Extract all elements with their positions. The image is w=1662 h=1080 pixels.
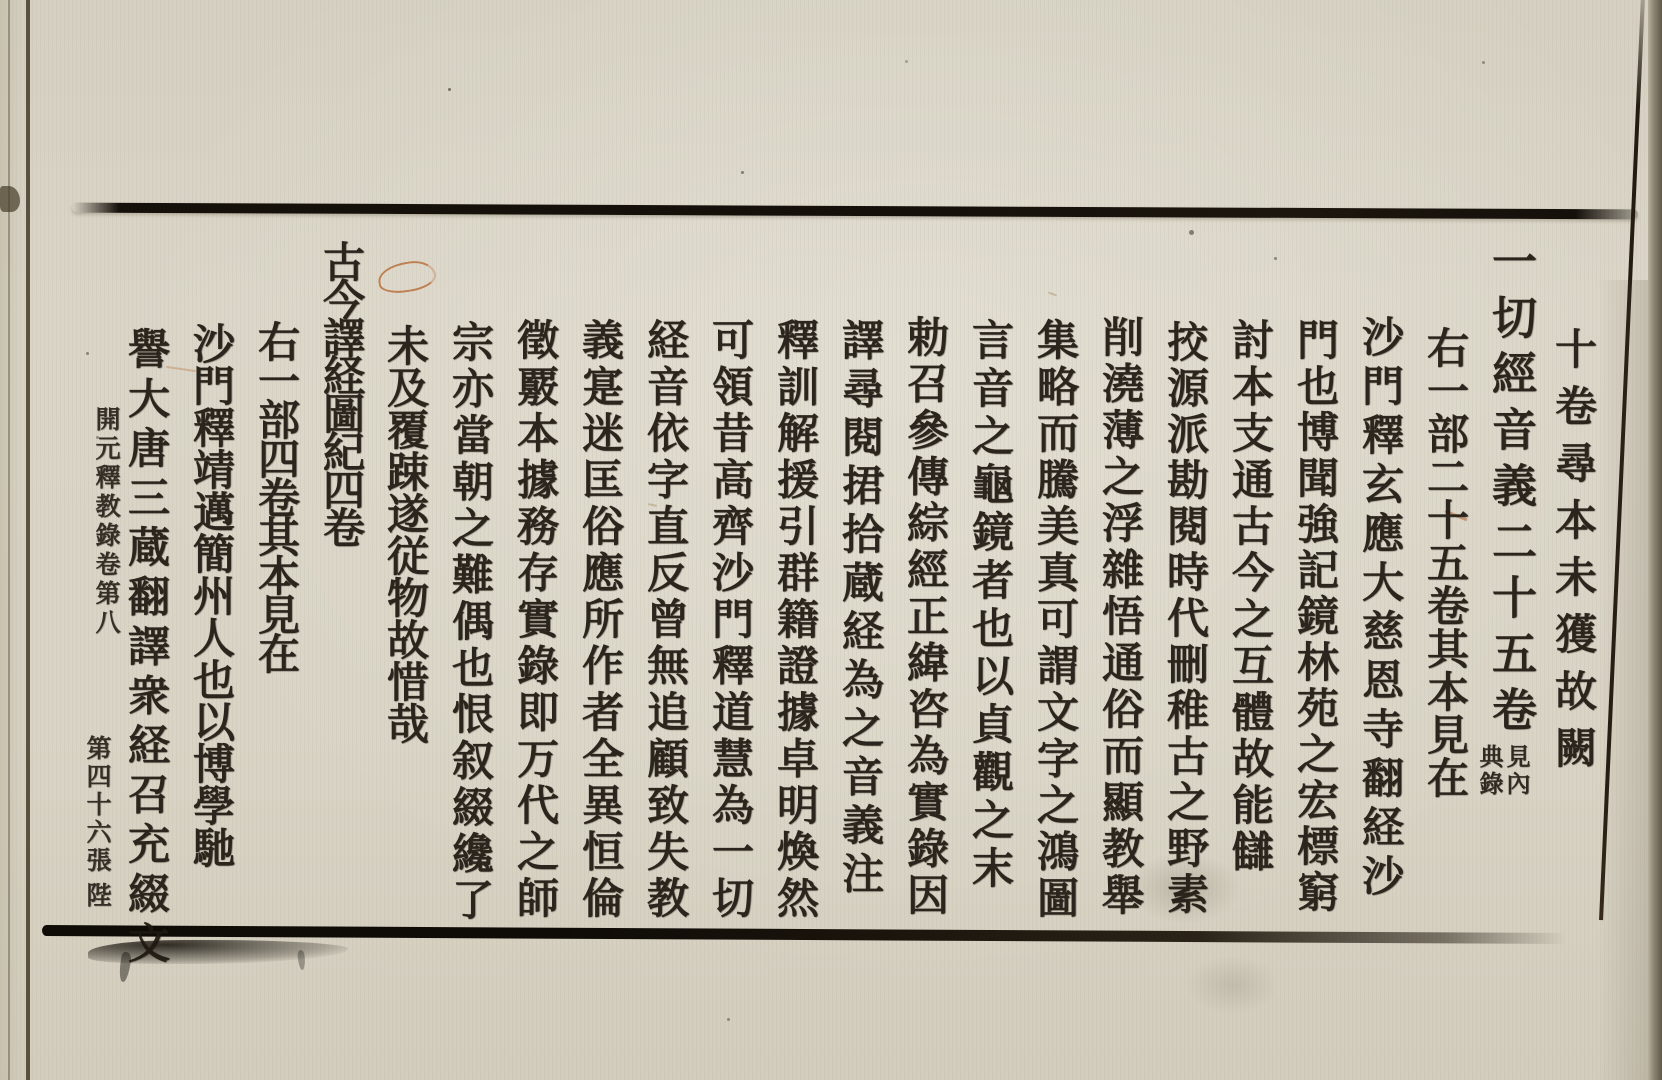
text-column-9: 集略而騰美真可謂文字之鴻圖 bbox=[1034, 318, 1076, 923]
running-title: 開元釋教錄卷第八 bbox=[94, 406, 119, 638]
text-column-3: 右一部二十五卷其本見在 bbox=[1424, 326, 1466, 799]
interlinear-note-left-line: 典錄 bbox=[1477, 744, 1501, 798]
text-column-20: 古今譯経圖紀四卷 bbox=[320, 240, 362, 544]
text-column-4: 沙門釋玄應大慈恩寺翻経沙 bbox=[1359, 315, 1401, 903]
case-marker: 陛 bbox=[83, 882, 112, 910]
text-column-23: 譽大唐三蔵翻譯衆経召充綴文 bbox=[125, 327, 167, 971]
gray-stain bbox=[1185, 955, 1280, 1015]
left-edge-line bbox=[8, 0, 10, 1080]
text-column-13: 釋訓解援引群籍證據卓明煥然 bbox=[774, 318, 816, 923]
interlinear-note-right-line: 見內 bbox=[1504, 744, 1528, 798]
text-column-16: 義寔迷匡俗應所作者全異恒倫 bbox=[579, 318, 621, 923]
text-column-17: 徵覈本據務存實錄即万代之師 bbox=[514, 318, 556, 923]
ink-specks bbox=[0, 0, 3, 3]
paper-fiber bbox=[1048, 292, 1057, 297]
left-edge-smudge bbox=[0, 186, 20, 212]
left-fold-line bbox=[26, 0, 30, 1080]
text-column-18: 宗亦當朝之難偶也恨叙綴纔了 bbox=[449, 320, 491, 925]
sheet-number-column: 第四十六張陛 bbox=[85, 735, 110, 910]
text-column-15: 経音依字直反曾無追顧致失教 bbox=[644, 318, 686, 923]
manuscript-page: 十卷尋本未獲故闕一切經音義二十五卷右一部二十五卷其本見在沙門釋玄應大慈恩寺翻経沙… bbox=[0, 0, 1662, 1080]
right-page-edge bbox=[1648, 0, 1662, 1080]
top-border-rule bbox=[72, 203, 1638, 220]
text-column-21: 右一部四卷其本見在 bbox=[255, 320, 297, 671]
text-column-6: 討本支通古今之互體故能讎 bbox=[1229, 318, 1271, 876]
text-column-19: 未及覆踈遂従物故惜哉 bbox=[384, 324, 426, 744]
text-column-5: 門也博聞強記鏡林苑之宏標窮 bbox=[1294, 318, 1336, 916]
text-column-7: 挍源派勘閱時代刪稚古之野素 bbox=[1164, 320, 1206, 918]
text-column-10: 言音之龜鏡者也以貞觀之末 bbox=[969, 318, 1011, 894]
sheet-number: 第四十六張 bbox=[83, 735, 112, 875]
paper-texture bbox=[0, 0, 1662, 1080]
interlinear-note: 見內 典錄 bbox=[1477, 744, 1528, 798]
text-column-12: 譯尋閱捃拾蔵経為之音義注 bbox=[839, 318, 881, 900]
text-column-22: 沙門釋靖邁簡州人也以博學馳 bbox=[190, 322, 232, 868]
right-fold-shadow bbox=[1598, 280, 1648, 1080]
text-column-14: 可領昔高齊沙門釋道慧為一切 bbox=[709, 318, 751, 923]
vermilion-reading-mark bbox=[376, 258, 438, 297]
text-column-1: 十卷尋本未獲故闕 bbox=[1552, 327, 1594, 783]
left-margin-band bbox=[0, 0, 26, 1080]
text-column-8: 削澆薄之浮雜悟通俗而顯教舉 bbox=[1099, 315, 1141, 920]
text-column-11: 勅召參傳綜經正緯咨為實錄因 bbox=[904, 315, 946, 920]
text-column-2: 一切經音義二十五卷 bbox=[1488, 238, 1533, 742]
